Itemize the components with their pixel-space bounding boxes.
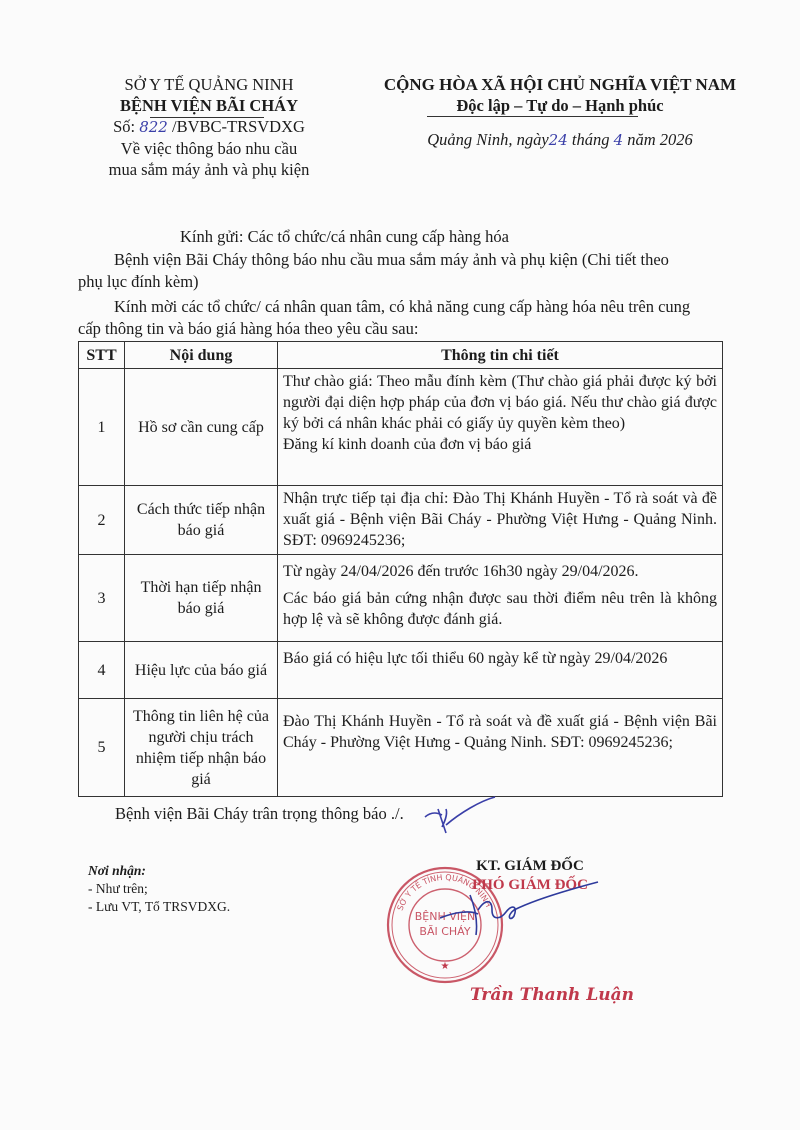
subject-line-2: mua sắm máy ảnh và phụ kiện: [60, 159, 358, 180]
on-behalf-title: KT. GIÁM ĐỐC: [430, 857, 630, 876]
row-detail: Nhận trực tiếp tại địa chỉ: Đào Thị Khán…: [278, 486, 723, 555]
paragraph-1-line-1: Bệnh viện Bãi Cháy thông báo nhu cầu mua…: [114, 249, 669, 271]
row-content: Cách thức tiếp nhận báo giá: [125, 486, 278, 555]
initial-signature-icon: [420, 795, 500, 840]
recipient-item: - Lưu VT, Tổ TRSVDXG.: [88, 898, 230, 916]
row-detail: Đào Thị Khánh Huyền - Tổ rà soát và đề x…: [278, 699, 723, 797]
header-content: Nội dung: [125, 342, 278, 369]
paragraph-2-line-1: Kính mời các tổ chức/ cá nhân quan tâm, …: [114, 296, 690, 318]
row-content: Hồ sơ cần cung cấp: [125, 369, 278, 486]
recipient-item: - Như trên;: [88, 880, 230, 898]
director-signature-icon: [440, 880, 600, 940]
row-stt: 4: [79, 642, 125, 699]
table-row: 5 Thông tin liên hệ của người chịu trách…: [79, 699, 723, 797]
hospital-underline: [150, 117, 264, 118]
requirements-table: STT Nội dung Thông tin chi tiết 1 Hồ sơ …: [78, 341, 723, 797]
svg-text:★: ★: [441, 961, 450, 972]
recipients-title: Nơi nhận:: [88, 862, 230, 880]
handwritten-month: 4: [614, 131, 624, 149]
table-row: 2 Cách thức tiếp nhận báo giá Nhận trực …: [79, 486, 723, 555]
table-header-row: STT Nội dung Thông tin chi tiết: [79, 342, 723, 369]
paragraph-2-line-2: cấp thông tin và báo giá hàng hóa theo y…: [78, 318, 418, 340]
national-motto: Độc lập – Tự do – Hạnh phúc: [360, 95, 760, 116]
department-name: SỞ Y TẾ QUẢNG NINH: [60, 74, 358, 95]
table-row: 1 Hồ sơ cần cung cấp Thư chào giá: Theo …: [79, 369, 723, 486]
motto-underline: [427, 116, 638, 117]
recipient-line: Kính gửi: Các tổ chức/cá nhân cung cấp h…: [180, 226, 509, 248]
row-detail: Báo giá có hiệu lực tối thiểu 60 ngày kể…: [278, 642, 723, 699]
table-row: 3 Thời hạn tiếp nhận báo giá Từ ngày 24/…: [79, 555, 723, 642]
header-detail: Thông tin chi tiết: [278, 342, 723, 369]
nation-title: CỘNG HÒA XÃ HỘI CHỦ NGHĨA VIỆT NAM: [360, 74, 760, 95]
document-number: Số: 822 /BVBC-TRSVDXG: [60, 116, 358, 138]
row-stt: 1: [79, 369, 125, 486]
subject-line-1: Về việc thông báo nhu cầu: [60, 138, 358, 159]
row-stt: 3: [79, 555, 125, 642]
handwritten-day: 24: [549, 131, 568, 149]
signer-name: Trần Thanh Luận: [470, 985, 634, 1005]
row-stt: 5: [79, 699, 125, 797]
row-detail: Từ ngày 24/04/2026 đến trước 16h30 ngày …: [278, 555, 723, 642]
row-stt: 2: [79, 486, 125, 555]
recipients-block: Nơi nhận: - Như trên; - Lưu VT, Tổ TRSVD…: [88, 862, 230, 916]
row-content: Thông tin liên hệ của người chịu trách n…: [125, 699, 278, 797]
row-content: Thời hạn tiếp nhận báo giá: [125, 555, 278, 642]
issuing-authority-block: SỞ Y TẾ QUẢNG NINH BỆNH VIỆN BÃI CHÁY Số…: [60, 74, 358, 180]
header-stt: STT: [79, 342, 125, 369]
paragraph-1-line-2: phụ lục đính kèm): [78, 271, 199, 293]
handwritten-number: 822: [139, 118, 168, 136]
date-line: Quảng Ninh, ngày24 tháng 4 năm 2026: [360, 130, 760, 150]
table-row: 4 Hiệu lực của báo giá Báo giá có hiệu l…: [79, 642, 723, 699]
closing-line: Bệnh viện Bãi Cháy trân trọng thông báo …: [115, 804, 404, 824]
national-header-block: CỘNG HÒA XÃ HỘI CHỦ NGHĨA VIỆT NAM Độc l…: [360, 74, 760, 116]
hospital-name: BỆNH VIỆN BÃI CHÁY: [60, 95, 358, 116]
row-content: Hiệu lực của báo giá: [125, 642, 278, 699]
row-detail: Thư chào giá: Theo mẫu đính kèm (Thư chà…: [278, 369, 723, 486]
